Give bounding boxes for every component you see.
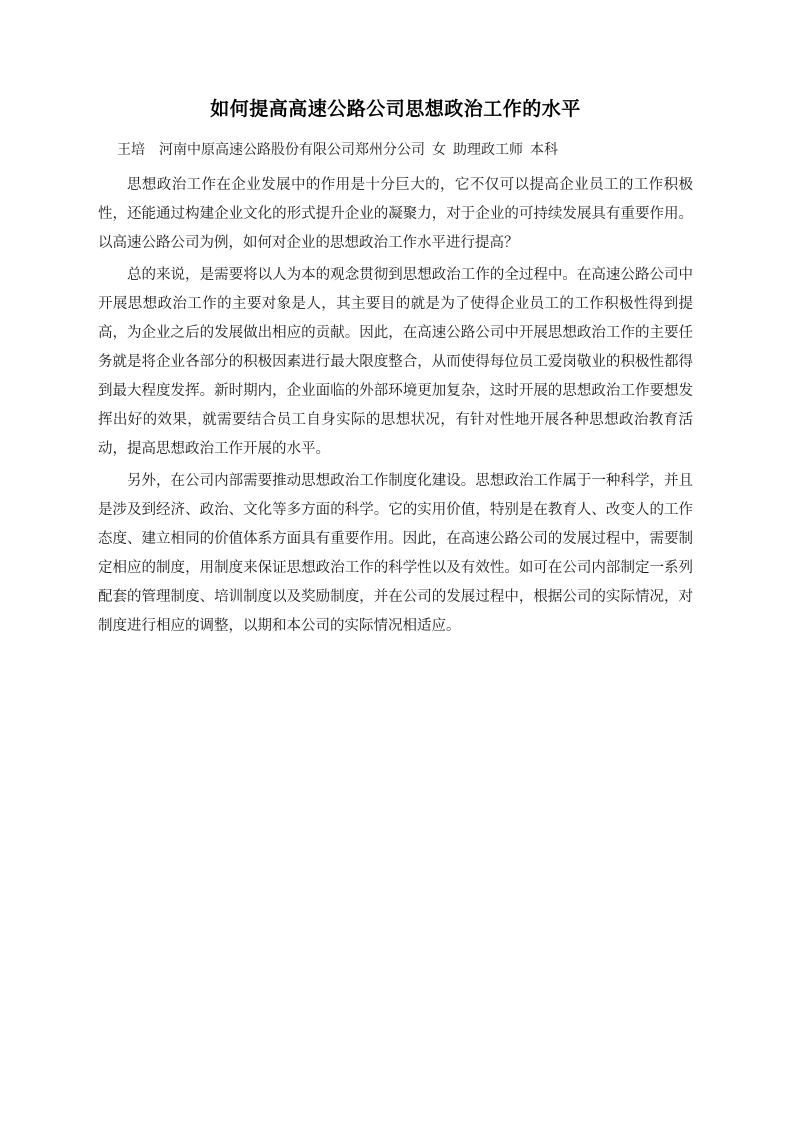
- author-byline: 王培 河南中原高速公路股份有限公司郑州分公司 女 助理政工师 本科: [98, 140, 693, 162]
- document-title: 如何提高高速公路公司思想政治工作的水平: [98, 97, 693, 123]
- body-paragraph-3: 另外，在公司内部需要推动思想政治工作制度化建设。思想政治工作属于一种科学，并且是…: [98, 467, 693, 641]
- document-page: 如何提高高速公路公司思想政治工作的水平 王培 河南中原高速公路股份有限公司郑州分…: [0, 0, 793, 1122]
- body-paragraph-1: 思想政治工作在企业发展中的作用是十分巨大的，它不仅可以提高企业员工的工作积极性，…: [98, 171, 693, 258]
- body-paragraph-2: 总的来说，是需要将以人为本的观念贯彻到思想政治工作的全过程中。在高速公路公司中开…: [98, 261, 693, 464]
